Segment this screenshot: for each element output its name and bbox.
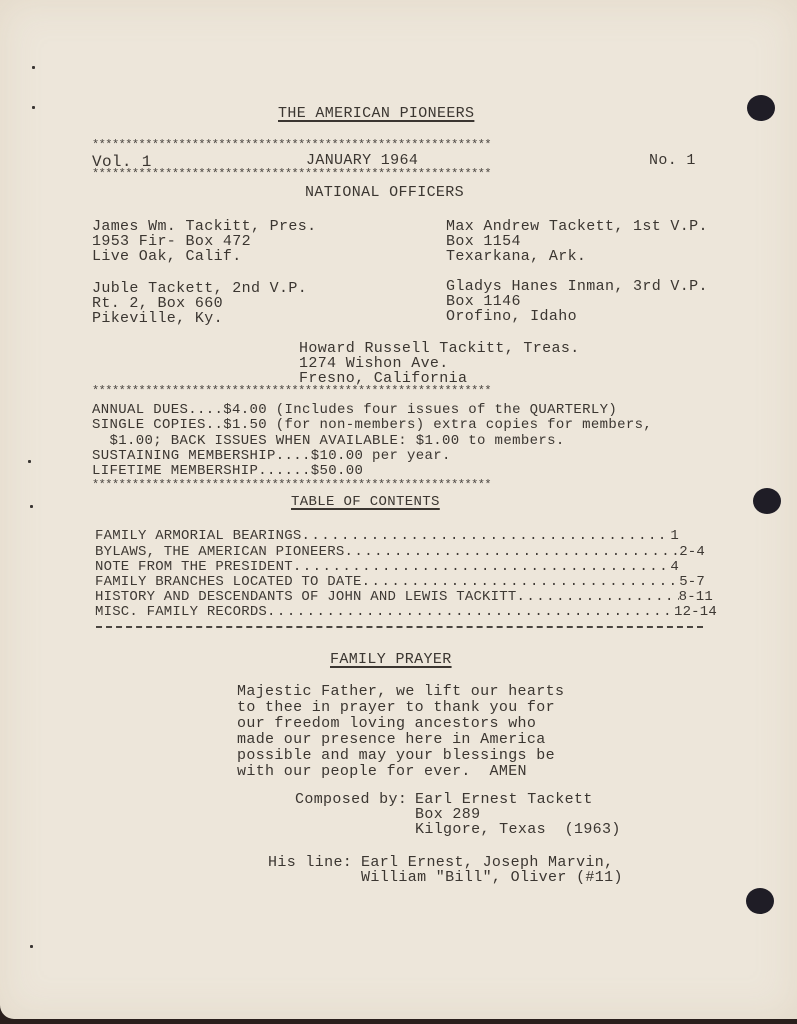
toc-leader: ........................................… <box>267 605 674 620</box>
dues-line: ANNUAL DUES....$4.00 (Includes four issu… <box>92 403 617 418</box>
lineage-label: His line: <box>268 855 352 870</box>
toc-heading: TABLE OF CONTENTS <box>291 495 440 510</box>
toc-entry: NOTE FROM THE PRESIDENT ................… <box>95 560 679 575</box>
officer-address: Box 1154 <box>446 234 521 249</box>
composer-name: Earl Ernest Tackett <box>415 792 593 807</box>
punch-hole-top <box>747 95 775 121</box>
toc-entry-pages: 12-14 <box>674 605 717 620</box>
speck <box>28 460 31 463</box>
prayer-heading: FAMILY PRAYER <box>330 652 452 667</box>
toc-leader: ........................................… <box>362 575 680 590</box>
lineage-line: William "Bill", Oliver (#11) <box>361 870 623 885</box>
toc-entry-pages: 1 <box>670 529 679 544</box>
punch-hole-bottom <box>746 888 774 914</box>
prayer-line: made our presence here in America <box>237 732 546 747</box>
star-rule: ****************************************… <box>92 168 700 180</box>
toc-entry-title: FAMILY BRANCHES LOCATED TO DATE <box>95 575 362 590</box>
toc-entry: MISC. FAMILY RECORDS ...................… <box>95 605 717 620</box>
officer-address: 1274 Wishon Ave. <box>299 356 449 371</box>
toc-entry-title: MISC. FAMILY RECORDS <box>95 605 267 620</box>
officer-address: 1953 Fir- Box 472 <box>92 234 251 249</box>
toc-entry-title: BYLAWS, THE AMERICAN PIONEERS <box>95 545 344 560</box>
dues-line: SINGLE COPIES..$1.50 (for non-members) e… <box>92 418 652 433</box>
toc-entry-pages: 8-11 <box>679 590 713 605</box>
officer-name: Howard Russell Tackitt, Treas. <box>299 341 580 356</box>
speck <box>32 66 35 69</box>
document-page: THE AMERICAN PIONEERS ******************… <box>0 0 797 1019</box>
toc-entry: FAMILY BRANCHES LOCATED TO DATE ........… <box>95 575 705 590</box>
newsletter-title: THE AMERICAN PIONEERS <box>278 106 474 121</box>
toc-entry-pages: 5-7 <box>679 575 705 590</box>
composer-city: Kilgore, Texas (1963) <box>415 822 621 837</box>
speck <box>30 945 33 948</box>
officer-name: Juble Tackett, 2nd V.P. <box>92 281 307 296</box>
toc-entry-title: NOTE FROM THE PRESIDENT <box>95 560 293 575</box>
toc-leader: ........................................… <box>344 545 679 560</box>
prayer-line: to thee in prayer to thank you for <box>237 700 555 715</box>
officer-city: Orofino, Idaho <box>446 309 577 324</box>
composer-address: Box 289 <box>415 807 480 822</box>
dashed-rule <box>96 626 703 628</box>
issue-number: No. 1 <box>649 153 696 168</box>
officer-city: Live Oak, Calif. <box>92 249 242 264</box>
officer-name: Max Andrew Tackett, 1st V.P. <box>446 219 708 234</box>
toc-entry-pages: 2-4 <box>679 545 705 560</box>
officer-address: Rt. 2, Box 660 <box>92 296 223 311</box>
composed-label: Composed by: <box>295 792 407 807</box>
toc-entry: HISTORY AND DESCENDANTS OF JOHN AND LEWI… <box>95 590 713 605</box>
toc-entry: BYLAWS, THE AMERICAN PIONEERS ..........… <box>95 545 705 560</box>
toc-entry-title: FAMILY ARMORIAL BEARINGS <box>95 529 301 544</box>
prayer-line: Majestic Father, we lift our hearts <box>237 684 564 699</box>
toc-leader: ........................................… <box>301 529 670 544</box>
officer-city: Fresno, California <box>299 371 467 386</box>
speck <box>32 106 35 109</box>
toc-entry-title: HISTORY AND DESCENDANTS OF JOHN AND LEWI… <box>95 590 516 605</box>
speck <box>30 505 33 508</box>
toc-leader: ........................................… <box>293 560 671 575</box>
star-rule: ****************************************… <box>92 385 700 397</box>
star-rule: ****************************************… <box>92 479 710 491</box>
toc-entry: FAMILY ARMORIAL BEARINGS ...............… <box>95 529 679 544</box>
dues-line: LIFETIME MEMBERSHIP......$50.00 <box>92 464 363 479</box>
punch-hole-middle <box>753 488 781 514</box>
dues-line: SUSTAINING MEMBERSHIP....$10.00 per year… <box>92 449 451 464</box>
officer-city: Pikeville, Ky. <box>92 311 223 326</box>
prayer-line: possible and may your blessings be <box>237 748 555 763</box>
prayer-line: with our people for ever. AMEN <box>237 764 527 779</box>
toc-leader: ........................................… <box>516 590 678 605</box>
officers-heading: NATIONAL OFFICERS <box>305 185 464 200</box>
officer-address: Box 1146 <box>446 294 521 309</box>
lineage-line: Earl Ernest, Joseph Marvin, <box>361 855 614 870</box>
issue-date: JANUARY 1964 <box>306 153 418 168</box>
officer-name: Gladys Hanes Inman, 3rd V.P. <box>446 279 708 294</box>
officer-city: Texarkana, Ark. <box>446 249 586 264</box>
star-rule: ****************************************… <box>92 139 700 151</box>
prayer-line: our freedom loving ancestors who <box>237 716 536 731</box>
dues-line: $1.00; BACK ISSUES WHEN AVAILABLE: $1.00… <box>92 434 565 449</box>
officer-name: James Wm. Tackitt, Pres. <box>92 219 316 234</box>
toc-entry-pages: 4 <box>670 560 679 575</box>
